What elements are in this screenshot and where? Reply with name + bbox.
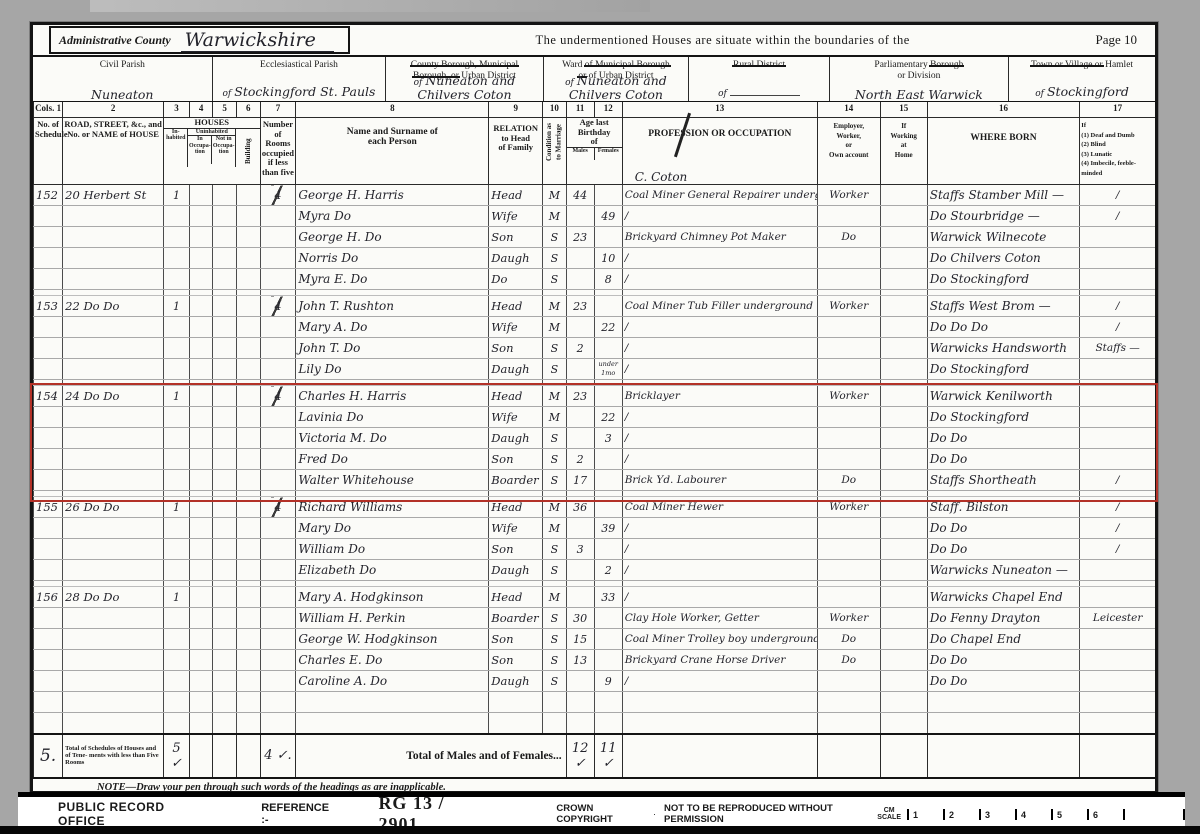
cell-condition: S: [543, 338, 567, 359]
cell-rooms: [260, 470, 296, 491]
cell-inhabited: [164, 560, 190, 581]
cell-rooms: [260, 206, 296, 227]
situate-text: The undermentioned Houses are situate wi…: [350, 33, 1096, 48]
person-row: 15424 Do Do14Charles H. HarrisHeadM23Bri…: [34, 386, 1156, 407]
cell-schedule: 153: [34, 296, 63, 317]
cell-u1: [189, 560, 213, 581]
record-office-label: PUBLIC RECORD OFFICE: [58, 800, 203, 828]
cell-relation: Head: [489, 185, 543, 206]
district-rural-district: Rural Districtof: [689, 57, 829, 101]
cell-u1: [189, 359, 213, 380]
cell-col17: /: [1080, 296, 1155, 317]
cell-schedule: [34, 248, 63, 269]
cell-employer: [817, 407, 880, 428]
crown-copyright-label: CROWN COPYRIGHT: [556, 803, 645, 825]
cell-born: Do Stockingford: [927, 407, 1080, 428]
col-not-in-occupation-header: Not in Occupa- tion: [211, 136, 235, 164]
cell-u3: [236, 449, 260, 470]
cell-age_m: 30: [566, 608, 594, 629]
filler-row: [34, 713, 1156, 734]
cell-occupation: Brick Yd. Labourer: [622, 470, 817, 491]
district-title-line: or Division: [830, 71, 1009, 82]
cell-relation: Daugh: [489, 428, 543, 449]
cell-age_m: 2: [566, 338, 594, 359]
cell-inhabited: 1: [164, 185, 190, 206]
cell-name: Caroline A. Do: [296, 671, 489, 692]
table-body: 15220 Herbert St14George H. HarrisHeadM4…: [34, 185, 1156, 778]
cell-relation: Son: [489, 449, 543, 470]
cell-col17: /: [1080, 317, 1155, 338]
person-row: Walter WhitehouseBoarderS17Brick Yd. Lab…: [34, 470, 1156, 491]
cell-relation: Wife: [489, 407, 543, 428]
blank: [622, 734, 817, 778]
cell-u2: [213, 518, 237, 539]
total-males: 12 ✓: [566, 734, 594, 778]
col-num-4: 4: [189, 102, 213, 118]
cell-col17: /: [1080, 539, 1155, 560]
cell-name: Walter Whitehouse: [296, 470, 489, 491]
cell-u2: [213, 671, 237, 692]
person-row: Myra DoWifeM49/Do Stourbridge —/: [34, 206, 1156, 227]
col-in-occupation-header: In Occupa- tion: [188, 136, 211, 164]
cell-age_f: [594, 497, 622, 518]
person-row: Victoria M. DoDaughS3/Do Do: [34, 428, 1156, 449]
cell-born: Warwick Wilnecote: [927, 227, 1080, 248]
cell-col17: [1080, 629, 1155, 650]
cell-u1: [189, 428, 213, 449]
col-num-1: Cols. 1: [34, 102, 63, 118]
cell-age_f: 39: [594, 518, 622, 539]
cell-col17: [1080, 269, 1155, 290]
cell-schedule: [34, 671, 63, 692]
cell-rooms: 4: [260, 497, 296, 518]
cell-home: [880, 359, 927, 380]
cell-inhabited: [164, 650, 190, 671]
col-num-11: 11: [566, 102, 594, 118]
cell-age_m: [566, 269, 594, 290]
cell-occupation: /: [622, 317, 817, 338]
cell-address: [63, 539, 164, 560]
cell-u3: [236, 428, 260, 449]
cell-u1: [189, 317, 213, 338]
cell-u2: [213, 386, 237, 407]
district-header-band: Civil ParishNuneatonEcclesiastical Paris…: [33, 57, 1155, 102]
cell-age_f: [594, 449, 622, 470]
blank: [1080, 734, 1155, 778]
cell-u3: [236, 206, 260, 227]
district-value: Nuneaton: [33, 88, 212, 101]
cell-inhabited: 1: [164, 497, 190, 518]
cell-born: Staff. Bilston: [927, 497, 1080, 518]
cell-home: [880, 629, 927, 650]
cell-relation: Wife: [489, 518, 543, 539]
cell-address: [63, 227, 164, 248]
admin-county-box: Administrative County Warwickshire: [49, 26, 350, 54]
cell-occupation: /: [622, 269, 817, 290]
cell-schedule: [34, 317, 63, 338]
cell-home: [880, 407, 927, 428]
cm-scale-end: [1123, 809, 1185, 820]
col-num-2: 2: [63, 102, 164, 118]
cell-inhabited: [164, 317, 190, 338]
cell-inhabited: [164, 449, 190, 470]
cell-name: Lavinia Do: [296, 407, 489, 428]
district-parliamentary-division: Parliamentary Boroughor DivisionNorth Ea…: [830, 57, 1010, 101]
cell-schedule: [34, 359, 63, 380]
person-row: Myra E. DoDoS8/Do Stockingford: [34, 269, 1156, 290]
cm-scale-3: 3: [979, 809, 1015, 820]
cell-age_m: 23: [566, 227, 594, 248]
col-num-12: 12: [594, 102, 622, 118]
cell-condition: M: [543, 185, 567, 206]
cell-u1: [189, 449, 213, 470]
cell-home: [880, 539, 927, 560]
cell-name: Charles E. Do: [296, 650, 489, 671]
cell-u2: [213, 608, 237, 629]
cell-relation: Do: [489, 269, 543, 290]
district-title-line: Parliamentary Borough: [830, 60, 1009, 71]
cell-relation: Boarder: [489, 608, 543, 629]
cell-relation: Son: [489, 539, 543, 560]
cell-age_f: 8: [594, 269, 622, 290]
district-title-line: Civil Parish: [33, 60, 212, 71]
cell-u1: [189, 650, 213, 671]
cell-u2: [213, 560, 237, 581]
person-row: Lavinia DoWifeM22/Do Stockingford: [34, 407, 1156, 428]
cell-address: [63, 608, 164, 629]
person-row: 15526 Do Do14Richard WilliamsHeadM36Coal…: [34, 497, 1156, 518]
cell-relation: Head: [489, 497, 543, 518]
cell-inhabited: 1: [164, 587, 190, 608]
cell-col17: [1080, 248, 1155, 269]
blank: [213, 734, 237, 778]
census-page: Administrative County Warwickshire The u…: [30, 22, 1158, 794]
cell-employer: [817, 206, 880, 227]
cell-home: [880, 650, 927, 671]
cell-u3: [236, 650, 260, 671]
cell-rooms: [260, 317, 296, 338]
cell-employer: [817, 518, 880, 539]
cell-col17: [1080, 560, 1155, 581]
cell-address: [63, 650, 164, 671]
cell-schedule: 155: [34, 497, 63, 518]
filler-row: [34, 692, 1156, 713]
person-row: Elizabeth DoDaughS2/Warwicks Nuneaton —: [34, 560, 1156, 581]
cell-u1: [189, 587, 213, 608]
cell-schedule: [34, 428, 63, 449]
cell-name: George W. Hodgkinson: [296, 629, 489, 650]
cell-condition: S: [543, 539, 567, 560]
cell-age_f: 10: [594, 248, 622, 269]
cell-rooms: 4: [260, 386, 296, 407]
cell-inhabited: [164, 470, 190, 491]
cell-address: 20 Herbert St: [63, 185, 164, 206]
cell-u3: [236, 338, 260, 359]
cell-relation: Son: [489, 227, 543, 248]
cell-inhabited: [164, 269, 190, 290]
cell-relation: Son: [489, 650, 543, 671]
houses-title: HOUSES: [164, 118, 259, 128]
admin-county-row: Administrative County Warwickshire The u…: [33, 25, 1155, 57]
cell-col17: Staffs —: [1080, 338, 1155, 359]
cell-rooms: [260, 338, 296, 359]
cell-u3: [236, 671, 260, 692]
cell-inhabited: [164, 248, 190, 269]
cell-age_m: [566, 248, 594, 269]
cell-age_f: under 1mo: [594, 359, 622, 380]
cell-col17: [1080, 359, 1155, 380]
district-hamlet: Town or Village or HamletofStockingford: [1009, 57, 1155, 101]
cell-born: Do Stockingford: [927, 269, 1080, 290]
cell-occupation: Clay Hole Worker, Getter: [622, 608, 817, 629]
permission-label: NOT TO BE REPRODUCED WITHOUT PERMISSION: [664, 803, 877, 825]
cell-u1: [189, 248, 213, 269]
cell-employer: Do: [817, 470, 880, 491]
cell-age_m: [566, 428, 594, 449]
cell-schedule: [34, 470, 63, 491]
cell-inhabited: [164, 518, 190, 539]
screenshot-root: { "scan": { "admin_county_label": "Admin…: [0, 0, 1200, 834]
cell-home: [880, 338, 927, 359]
cell-age_m: [566, 407, 594, 428]
cell-relation: Head: [489, 587, 543, 608]
total-houses-label: Total of Schedules of Houses and of Tene…: [63, 734, 164, 778]
cell-home: [880, 608, 927, 629]
cell-born: Do Chapel End: [927, 629, 1080, 650]
cell-col17: [1080, 587, 1155, 608]
cell-occupation: Coal Miner Hewer: [622, 497, 817, 518]
column-labels-row: No. of Schedule ROAD, STREET, &c., and N…: [34, 118, 1156, 185]
cell-condition: S: [543, 629, 567, 650]
cell-name: George H. Do: [296, 227, 489, 248]
cell-u3: [236, 539, 260, 560]
cell-condition: S: [543, 470, 567, 491]
cell-occupation: /: [622, 587, 817, 608]
cell-name: George H. Harris: [296, 185, 489, 206]
cell-condition: M: [543, 407, 567, 428]
cell-name: Myra Do: [296, 206, 489, 227]
form-note: NOTE—Draw your pen through such words of…: [33, 779, 1155, 793]
cell-u3: [236, 269, 260, 290]
cell-employer: Worker: [817, 497, 880, 518]
district-title-line: County Borough, Municipal: [386, 60, 542, 71]
cell-born: Warwicks Handsworth: [927, 338, 1080, 359]
cell-age_m: 2: [566, 449, 594, 470]
cell-condition: M: [543, 497, 567, 518]
cell-relation: Son: [489, 338, 543, 359]
cell-name: Mary A. Hodgkinson: [296, 587, 489, 608]
cell-born: Do Do: [927, 539, 1080, 560]
cell-inhabited: [164, 671, 190, 692]
cell-born: Do Stockingford: [927, 359, 1080, 380]
cell-u2: [213, 629, 237, 650]
cell-address: [63, 206, 164, 227]
blank: [817, 734, 880, 778]
cell-born: Do Chilvers Coton: [927, 248, 1080, 269]
cell-u2: [213, 227, 237, 248]
cell-occupation: /: [622, 539, 817, 560]
cell-address: [63, 248, 164, 269]
person-row: 15628 Do Do1Mary A. HodgkinsonHeadM33/Wa…: [34, 587, 1156, 608]
cell-rooms: [260, 560, 296, 581]
cell-u2: [213, 296, 237, 317]
cell-home: [880, 428, 927, 449]
cell-age_f: [594, 185, 622, 206]
cell-age_f: [594, 539, 622, 560]
cell-u1: [189, 338, 213, 359]
cell-address: [63, 338, 164, 359]
cm-scale-1: 1: [907, 809, 943, 820]
cell-u2: [213, 539, 237, 560]
cm-scale-2: 2: [943, 809, 979, 820]
cell-schedule: [34, 449, 63, 470]
cell-name: Mary Do: [296, 518, 489, 539]
person-row: 15322 Do Do14John T. RushtonHeadM23Coal …: [34, 296, 1156, 317]
cell-employer: [817, 539, 880, 560]
cell-condition: S: [543, 269, 567, 290]
col-schedule-header: No. of Schedule: [34, 118, 63, 185]
person-row: Mary DoWifeM39/Do Do/: [34, 518, 1156, 539]
cell-name: John T. Do: [296, 338, 489, 359]
cell-name: Fred Do: [296, 449, 489, 470]
cell-name: William Do: [296, 539, 489, 560]
cell-u3: [236, 407, 260, 428]
cell-schedule: 154: [34, 386, 63, 407]
census-table: Cols. 1 2 3 4 5 6 7 8 9 10 11 12 13 14 1…: [33, 102, 1155, 779]
cell-age_m: [566, 206, 594, 227]
cell-col17: /: [1080, 206, 1155, 227]
cell-u1: [189, 407, 213, 428]
cell-u3: [236, 185, 260, 206]
cell-employer: [817, 359, 880, 380]
cell-born: Staffs West Brom —: [927, 296, 1080, 317]
cell-age_f: [594, 608, 622, 629]
cell-schedule: [34, 206, 63, 227]
cell-born: Staffs Shortheath: [927, 470, 1080, 491]
person-row: George W. HodgkinsonSonS15Coal Miner Tro…: [34, 629, 1156, 650]
cell-address: 24 Do Do: [63, 386, 164, 407]
cell-born: Do Do Do: [927, 317, 1080, 338]
cell-col17: [1080, 428, 1155, 449]
cell-address: [63, 449, 164, 470]
cell-inhabited: [164, 407, 190, 428]
district-value: ofNuneaton andChilvers Coton: [386, 75, 542, 101]
col-num-15: 15: [880, 102, 927, 118]
cell-col17: /: [1080, 470, 1155, 491]
col-rooms-header: Number of Rooms occupied if less than fi…: [260, 118, 296, 185]
column-numbers-row: Cols. 1 2 3 4 5 6 7 8 9 10 11 12 13 14 1…: [34, 102, 1156, 118]
cell-name: Norris Do: [296, 248, 489, 269]
cell-u2: [213, 338, 237, 359]
district-title-line: Rural District: [689, 60, 828, 71]
age-title: Age last Birthday of: [567, 118, 622, 147]
cell-name: Charles H. Harris: [296, 386, 489, 407]
cell-born: Do Do: [927, 671, 1080, 692]
cell-age_m: 36: [566, 497, 594, 518]
col-num-16: 16: [927, 102, 1080, 118]
blank: [236, 734, 260, 778]
cell-relation: Wife: [489, 317, 543, 338]
col-num-5: 5: [213, 102, 237, 118]
cell-relation: Wife: [489, 206, 543, 227]
person-row: Mary A. DoWifeM22/Do Do Do/: [34, 317, 1156, 338]
cell-occupation: /: [622, 428, 817, 449]
col-name-header: Name and Surname of each Person: [296, 118, 489, 185]
cell-name: Lily Do: [296, 359, 489, 380]
cell-schedule: [34, 608, 63, 629]
separator-dot: ·: [653, 809, 656, 819]
col-profession-header: PROFESSION OR OCCUPATION C. Coton: [622, 118, 817, 185]
cell-u1: [189, 470, 213, 491]
cell-age_f: [594, 227, 622, 248]
cell-employer: Worker: [817, 185, 880, 206]
cell-col17: [1080, 650, 1155, 671]
scan-bottom-bar: [0, 826, 1200, 834]
cell-schedule: 152: [34, 185, 63, 206]
cell-u2: [213, 449, 237, 470]
col-num-3: 3: [164, 102, 190, 118]
cell-born: Warwicks Chapel End: [927, 587, 1080, 608]
cell-rooms: [260, 248, 296, 269]
col-at-home-header: If Working at Home: [880, 118, 927, 185]
col-relation-header: RELATION to Head of Family: [489, 118, 543, 185]
district-value: ofStockingford St. Pauls: [213, 85, 386, 101]
table-header: Cols. 1 2 3 4 5 6 7 8 9 10 11 12 13 14 1…: [34, 102, 1156, 185]
cell-born: Staffs Stamber Mill —: [927, 185, 1080, 206]
cell-age_f: [594, 470, 622, 491]
cm-scale-ruler: 123456: [907, 809, 1185, 820]
cell-age_m: 15: [566, 629, 594, 650]
cell-inhabited: [164, 629, 190, 650]
cell-address: [63, 359, 164, 380]
cell-employer: [817, 317, 880, 338]
cell-inhabited: [164, 227, 190, 248]
cell-schedule: [34, 650, 63, 671]
cell-occupation: /: [622, 248, 817, 269]
cell-age_m: [566, 587, 594, 608]
person-row: William DoSonS3/Do Do/: [34, 539, 1156, 560]
cell-rooms: [260, 407, 296, 428]
cell-relation: Daugh: [489, 359, 543, 380]
cell-inhabited: [164, 428, 190, 449]
cell-name: William H. Perkin: [296, 608, 489, 629]
district-ward: Ward of Municipal Boroughor of Urban Dis…: [544, 57, 690, 101]
cell-age_m: 23: [566, 386, 594, 407]
cell-u1: [189, 386, 213, 407]
col-condition-header: Condition as to Marriage: [543, 118, 567, 185]
blank: [927, 734, 1080, 778]
cell-home: [880, 671, 927, 692]
cell-age_f: 22: [594, 407, 622, 428]
cell-age_f: 9: [594, 671, 622, 692]
totals-row: 5.Total of Schedules of Houses and of Te…: [34, 734, 1156, 778]
cell-u2: [213, 650, 237, 671]
cm-scale-label: CMSCALE: [877, 807, 901, 821]
profession-title: PROFESSION OR OCCUPATION: [648, 129, 791, 139]
cell-name: Mary A. Do: [296, 317, 489, 338]
col-road-header: ROAD, STREET, &c., and No. or NAME of HO…: [63, 118, 164, 185]
col-age-header: Age last Birthday of Males Females: [566, 118, 622, 185]
cell-u3: [236, 227, 260, 248]
cell-age_f: 22: [594, 317, 622, 338]
cell-name: Richard Williams: [296, 497, 489, 518]
cell-schedule: [34, 518, 63, 539]
cell-name: Myra E. Do: [296, 269, 489, 290]
col-num-10: 10: [543, 102, 567, 118]
cell-inhabited: [164, 359, 190, 380]
person-row: John T. DoSonS2/Warwicks HandsworthStaff…: [34, 338, 1156, 359]
cell-home: [880, 470, 927, 491]
